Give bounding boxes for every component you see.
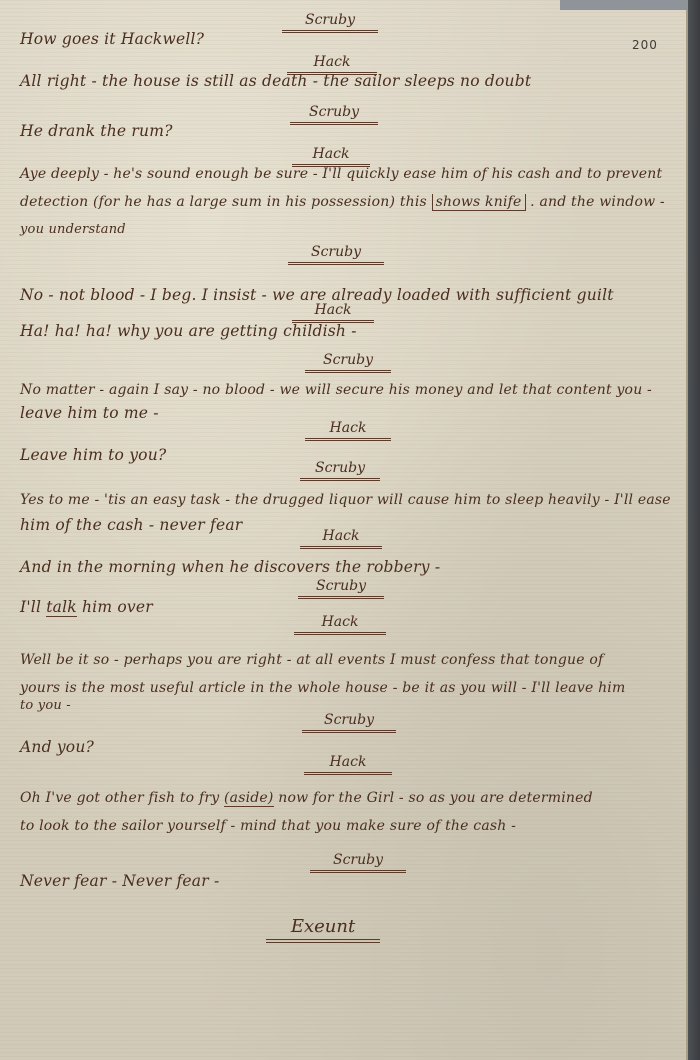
stage-direction-exeunt: Exeunt xyxy=(283,916,363,937)
dialogue-text: now for the Girl - so as you are determi… xyxy=(274,790,593,806)
double-underline xyxy=(304,772,392,775)
dialogue-line: to you - xyxy=(20,698,71,713)
emphasized-word: talk xyxy=(46,598,77,617)
speaker-heading: Scruby xyxy=(300,460,380,481)
dialogue-line: Oh I've got other fish to fry (aside) no… xyxy=(20,790,593,806)
double-underline xyxy=(298,596,384,599)
speaker-name: Hack xyxy=(314,614,367,630)
dialogue-line: How goes it Hackwell? xyxy=(20,30,204,48)
dialogue-line: And you? xyxy=(20,738,94,756)
stage-direction-inline: shows knife xyxy=(432,194,526,211)
speaker-name: Scruby xyxy=(316,712,382,728)
speaker-heading: Scruby xyxy=(282,12,378,33)
stage-direction-aside: (aside) xyxy=(224,790,274,807)
speaker-heading: Scruby xyxy=(290,104,378,125)
double-underline xyxy=(300,478,380,481)
speaker-heading: Hack xyxy=(300,528,382,549)
speaker-name: Hack xyxy=(305,146,358,162)
dialogue-text: Oh I've got other fish to fry xyxy=(20,790,224,806)
page-background-top xyxy=(560,0,700,10)
dialogue-line: Well be it so - perhaps you are right - … xyxy=(20,652,603,668)
double-underline xyxy=(266,939,380,943)
speaker-name: Scruby xyxy=(301,104,367,120)
speaker-name: Hack xyxy=(306,54,359,70)
dialogue-text: . and the window - xyxy=(530,194,665,210)
speaker-name: Hack xyxy=(315,528,368,544)
dialogue-line: you understand xyxy=(20,222,126,237)
speaker-heading: Scruby xyxy=(310,852,406,873)
dialogue-line: All right - the house is still as death … xyxy=(20,72,531,90)
dialogue-line: him of the cash - never fear xyxy=(20,516,242,534)
dialogue-line: Leave him to you? xyxy=(20,446,166,464)
speaker-name: Scruby xyxy=(325,852,391,868)
double-underline xyxy=(282,30,378,33)
double-underline xyxy=(300,546,382,549)
dialogue-line: Yes to me - 'tis an easy task - the drug… xyxy=(20,492,671,508)
dialogue-line: Never fear - Never fear - xyxy=(20,872,219,890)
dialogue-line: He drank the rum? xyxy=(20,122,173,140)
dialogue-line: detection (for he has a large sum in his… xyxy=(20,194,665,210)
dialogue-line: I'll talk him over xyxy=(20,598,153,616)
speaker-name: Scruby xyxy=(308,578,374,594)
dialogue-line: yours is the most useful article in the … xyxy=(20,680,625,696)
double-underline xyxy=(305,370,391,373)
double-underline xyxy=(290,122,378,125)
dialogue-text: I'll xyxy=(20,598,46,616)
double-underline xyxy=(310,870,406,873)
binding-edge xyxy=(688,0,700,1060)
speaker-heading: Scruby xyxy=(302,712,396,733)
folio-number: 200 xyxy=(632,38,658,52)
dialogue-line: leave him to me - xyxy=(20,404,159,422)
dialogue-line: No matter - again I say - no blood - we … xyxy=(20,382,652,398)
speaker-name: Scruby xyxy=(307,460,373,476)
speaker-name: Hack xyxy=(307,302,360,318)
dialogue-line: And in the morning when he discovers the… xyxy=(20,558,440,576)
speaker-name: Scruby xyxy=(297,12,363,28)
speaker-name: Hack xyxy=(322,754,375,770)
speaker-heading: Hack xyxy=(305,420,391,441)
double-underline xyxy=(305,438,391,441)
dialogue-line: Aye deeply - he's sound enough be sure -… xyxy=(20,166,662,182)
speaker-heading: Scruby xyxy=(298,578,384,599)
speaker-heading: Hack xyxy=(304,754,392,775)
speaker-name: Hack xyxy=(322,420,375,436)
dialogue-line: to look to the sailor yourself - mind th… xyxy=(20,818,516,834)
double-underline xyxy=(302,730,396,733)
double-underline xyxy=(294,632,386,635)
speaker-heading: Scruby xyxy=(305,352,391,373)
manuscript-page: 200 Scruby How goes it Hackwell? Hack Al… xyxy=(0,0,688,1060)
dialogue-line: Ha! ha! ha! why you are getting childish… xyxy=(20,322,357,340)
speaker-heading: Hack xyxy=(292,146,370,167)
dialogue-text: detection (for he has a large sum in his… xyxy=(20,194,427,210)
speaker-heading: Hack xyxy=(292,302,374,323)
speaker-name: Scruby xyxy=(315,352,381,368)
dialogue-text: him over xyxy=(77,598,153,616)
exeunt-heading: Exeunt xyxy=(266,916,380,943)
double-underline xyxy=(288,262,384,265)
speaker-name: Scruby xyxy=(303,244,369,260)
speaker-heading: Hack xyxy=(294,614,386,635)
speaker-heading: Scruby xyxy=(288,244,384,265)
